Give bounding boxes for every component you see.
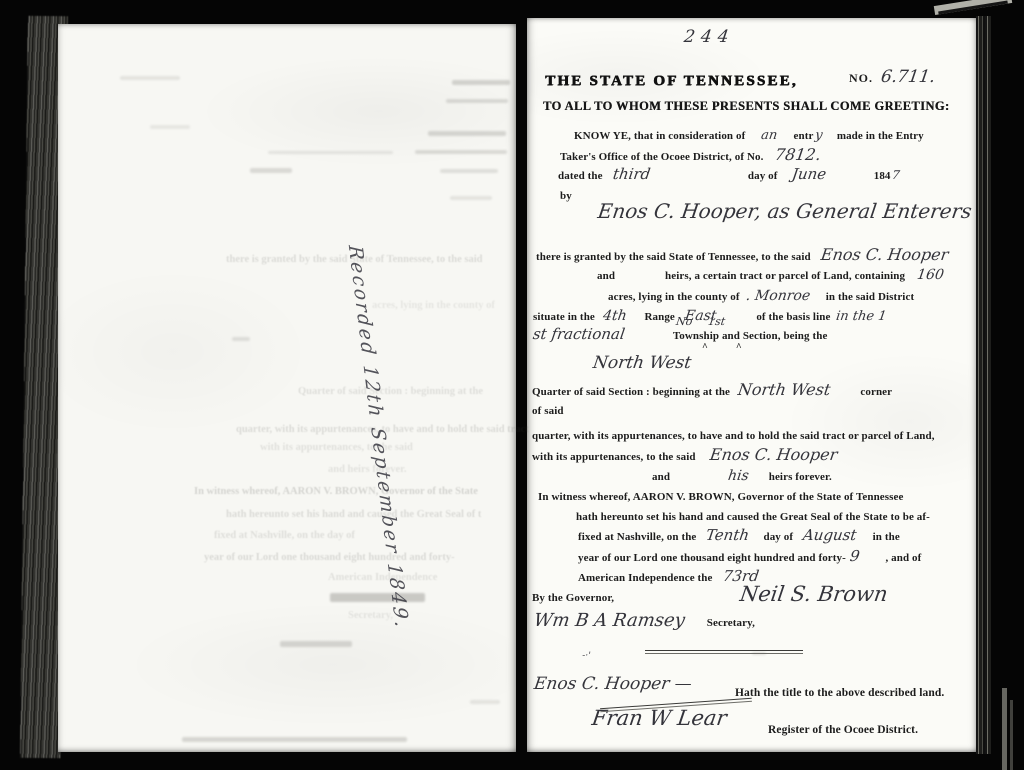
bleed-through-smudge bbox=[280, 641, 352, 647]
bleed-through-text: year of our Lord one thousand eight hund… bbox=[204, 552, 455, 563]
text-line: Enos C. Hooper — bbox=[534, 675, 692, 694]
handwritten-text: 244 bbox=[683, 28, 736, 47]
text-line: hath hereunto set his hand and caused th… bbox=[576, 507, 930, 525]
handwritten-text: Enos C. Hooper, as General Enterers bbox=[596, 200, 973, 222]
text-line: by bbox=[560, 186, 572, 204]
edge-streak bbox=[1002, 688, 1007, 770]
text-line: North West bbox=[593, 354, 691, 373]
book-fore-edge bbox=[976, 16, 991, 754]
text-line: 244 bbox=[684, 28, 734, 47]
edge-streak bbox=[1010, 700, 1013, 770]
bleed-through-smudge bbox=[250, 168, 292, 173]
printed-text: fixed at Nashville, on the bbox=[578, 531, 696, 543]
printed-text: KNOW YE, that in consideration of bbox=[574, 130, 745, 142]
text-line: Neil S. Brown bbox=[740, 583, 888, 606]
text-line: Taker's Office of the Ocoee District, of… bbox=[560, 146, 821, 165]
text-line: st fractionalTownship and Section, being… bbox=[533, 326, 827, 344]
handwritten-text: Enos C. Hooper — bbox=[533, 675, 693, 694]
text-line: andhisheirs forever. bbox=[652, 467, 832, 485]
text-line: quarter, with its appurtenances, to have… bbox=[532, 426, 935, 444]
text-line: TO ALL TO WHOM THESE PRESENTS SHALL COME… bbox=[543, 97, 949, 115]
text-line: Quarter of said Section : beginning at t… bbox=[532, 381, 892, 400]
bleed-through-smudge bbox=[415, 150, 507, 154]
printed-text: Register of the Ocoee District. bbox=[768, 724, 918, 736]
printed-text: and bbox=[597, 270, 615, 282]
handwritten-text: Enos C. Hooper bbox=[708, 446, 838, 464]
printed-text: in the said District bbox=[826, 291, 914, 303]
printed-text: Taker's Office of the Ocoee District, of… bbox=[560, 151, 763, 163]
text-line: fixed at Nashville, on theTenthday ofAug… bbox=[578, 527, 900, 545]
printed-text: hath hereunto set his hand and caused th… bbox=[576, 511, 930, 523]
bleed-through-smudge bbox=[330, 593, 425, 602]
bleed-through-text: In witness whereof, AARON V. BROWN, Gove… bbox=[194, 486, 478, 497]
handwritten-text: Wm B A Ramsey bbox=[533, 611, 687, 631]
handwritten-text: in the 1 bbox=[835, 310, 887, 324]
text-line: ^^ bbox=[702, 337, 742, 355]
handwritten-text: st fractional bbox=[532, 326, 626, 343]
bleed-through-text: hath hereunto set his hand and caused th… bbox=[226, 509, 481, 520]
bleed-through-text: acres, lying in the county of bbox=[372, 300, 495, 311]
printed-text: Township and Section, being the bbox=[673, 330, 828, 342]
bleed-through-smudge bbox=[120, 76, 180, 80]
handwritten-text: August bbox=[802, 527, 858, 544]
text-line: KNOW YE, that in consideration ofanentry… bbox=[574, 126, 924, 144]
scanned-book-spread: there is granted by the said State of Te… bbox=[0, 0, 1024, 770]
bleed-through-smudge bbox=[268, 151, 393, 154]
handwritten-text: 7 bbox=[891, 169, 900, 182]
printed-text: dated the bbox=[558, 170, 603, 182]
bleed-through-smudge bbox=[470, 700, 500, 704]
bleed-through-smudge bbox=[150, 125, 190, 129]
handwritten-text: y bbox=[814, 129, 823, 143]
printed-text: ^ bbox=[736, 342, 742, 353]
printed-text: In witness whereof, AARON V. BROWN, Gove… bbox=[538, 491, 904, 503]
printed-text: made in the Entry bbox=[837, 130, 924, 142]
printed-text: of said bbox=[532, 405, 564, 417]
printed-text: by bbox=[560, 190, 572, 202]
handwritten-text: third bbox=[611, 166, 651, 183]
printed-text: heirs forever. bbox=[769, 471, 832, 483]
printed-text: By the Governor, bbox=[532, 592, 614, 604]
handwritten-text: -·' bbox=[581, 652, 591, 662]
printed-text: corner bbox=[860, 386, 892, 398]
text-line: andheirs, a certain tract or parcel of L… bbox=[597, 266, 944, 284]
printed-text: day of bbox=[748, 170, 778, 182]
bleed-through-smudge bbox=[182, 737, 407, 742]
bleed-through-smudge bbox=[452, 80, 510, 85]
bleed-through-text: Secretary, bbox=[348, 610, 393, 621]
printed-text: of the basis line bbox=[756, 311, 830, 323]
handwritten-text: 7812. bbox=[774, 146, 822, 164]
printed-text: situate in the bbox=[533, 311, 595, 323]
printed-text: in the bbox=[873, 531, 900, 543]
bleed-through-text: and heirs forever. bbox=[328, 464, 406, 475]
printed-text: ^ bbox=[702, 342, 708, 353]
handwritten-text: North West bbox=[737, 381, 832, 399]
handwritten-text: his bbox=[727, 469, 750, 484]
handwritten-text: an bbox=[760, 129, 778, 143]
text-line: year of our Lord one thousand eight hund… bbox=[578, 548, 921, 566]
text-line: dated thethirdday ofJune1847 bbox=[558, 166, 899, 184]
text-line: Enos C. Hooper, as General Enterers bbox=[598, 200, 972, 223]
printed-text: American Independence the bbox=[578, 572, 713, 584]
printed-text: NO. bbox=[849, 71, 873, 85]
bleed-through-smudge bbox=[446, 99, 508, 103]
printed-text: TO ALL TO WHOM THESE PRESENTS SHALL COME… bbox=[543, 99, 949, 113]
printed-text: THE STATE OF TENNESSEE, bbox=[545, 73, 798, 89]
text-line: Hath the title to the above described la… bbox=[735, 683, 944, 701]
printed-text: acres, lying in the county of bbox=[608, 291, 740, 303]
printed-text: and bbox=[652, 471, 670, 483]
handwritten-text: 4th bbox=[602, 309, 628, 324]
printed-text: 184 bbox=[874, 170, 891, 182]
handwritten-text: Enos C. Hooper bbox=[819, 246, 949, 264]
printed-text: with its appurtenances, to the said bbox=[532, 451, 696, 463]
handwritten-text: North West bbox=[592, 354, 693, 373]
bleed-through-smudge bbox=[428, 131, 506, 136]
ink-rule bbox=[645, 650, 803, 654]
printed-text: year of our Lord one thousand eight hund… bbox=[578, 552, 846, 564]
printed-text: Hath the title to the above described la… bbox=[735, 687, 944, 699]
text-line: with its appurtenances, to the saidEnos … bbox=[532, 446, 837, 465]
printed-text: Secretary, bbox=[707, 617, 755, 629]
text-line: Wm B A RamseySecretary, bbox=[534, 611, 755, 631]
text-line: NO.6.711. bbox=[849, 68, 935, 87]
bleed-through-text: Quarter of said Section : beginning at t… bbox=[298, 386, 483, 397]
text-line: By the Governor, bbox=[532, 588, 614, 606]
text-line: of said bbox=[532, 401, 564, 419]
handwritten-text: 6.711. bbox=[880, 68, 937, 87]
bleed-through-smudge bbox=[232, 337, 250, 341]
text-line: Register of the Ocoee District. bbox=[768, 720, 918, 738]
bleed-through-text: American Independence bbox=[328, 572, 437, 583]
text-line: American Independence the73rd bbox=[578, 568, 758, 586]
text-line: -·' bbox=[582, 645, 590, 663]
printed-text: there is granted by the said State of Te… bbox=[536, 251, 811, 263]
handwritten-text: . Monroe bbox=[745, 289, 811, 304]
handwritten-text: Neil S. Brown bbox=[738, 583, 889, 606]
printed-text: quarter, with its appurtenances, to have… bbox=[532, 430, 935, 442]
handwritten-text: June bbox=[790, 166, 827, 183]
bleed-through-smudge bbox=[440, 169, 498, 173]
printed-text: Quarter of said Section : beginning at t… bbox=[532, 386, 730, 398]
handwritten-text: 9 bbox=[849, 548, 861, 565]
text-line: there is granted by the said State of Te… bbox=[536, 246, 948, 265]
printed-text: entr bbox=[794, 130, 814, 142]
printed-text: heirs, a certain tract or parcel of Land… bbox=[665, 270, 905, 282]
bleed-through-text: fixed at Nashville, on the day of bbox=[214, 530, 355, 541]
handwritten-text: 160 bbox=[916, 268, 945, 283]
bleed-through-smudge bbox=[450, 196, 492, 200]
text-line: In witness whereof, AARON V. BROWN, Gove… bbox=[538, 487, 904, 505]
printed-text: day of bbox=[763, 531, 793, 543]
printed-text: , and of bbox=[885, 552, 921, 564]
text-line: THE STATE OF TENNESSEE, bbox=[545, 72, 798, 90]
printed-text: Range bbox=[644, 311, 674, 323]
handwritten-text: Tenth bbox=[705, 527, 750, 544]
text-line: acres, lying in the county of. Monroein … bbox=[608, 287, 914, 305]
